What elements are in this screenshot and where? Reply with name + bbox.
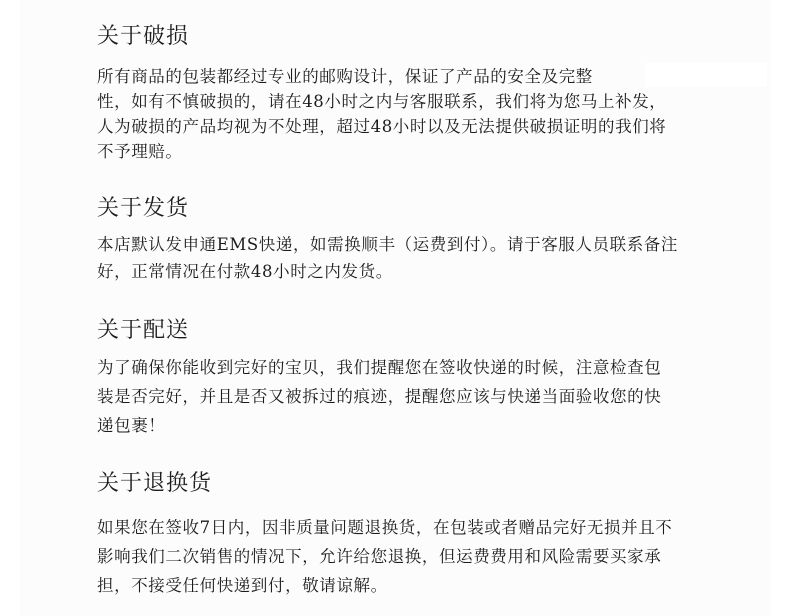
- section-title: 关于退换货: [97, 471, 737, 497]
- body-line: 人为破损的产品均视为不处理，超过48小时以及无法提供破损证明的我们将: [97, 114, 666, 139]
- body-line: 如果您在签收7日内，因非质量问题退换货，在包装或者赠品完好无损并且不: [97, 513, 672, 542]
- body-line: 本店默认发申通EMS快递，如需换顺丰（运费到付）。请于客服人员联系备注: [97, 231, 678, 258]
- body-line: 不予理赔。: [97, 139, 666, 164]
- section-body: 为了确保你能收到完好的宝贝，我们提醒您在签收快递的时候，注意检查包 装是否完好，…: [97, 353, 661, 440]
- section-damage-policy: 关于破损 所有商品的包装都经过专业的邮购设计，保证了产品的安全及完整 性，如有不…: [97, 24, 737, 50]
- body-line: 为了确保你能收到完好的宝贝，我们提醒您在签收快递的时候，注意检查包: [97, 353, 661, 382]
- section-title: 关于发货: [97, 196, 737, 222]
- body-line: 性，如有不慎破损的，请在48小时之内与客服联系，我们将为您马上补发，: [97, 89, 666, 114]
- section-shipping-policy: 关于发货 本店默认发申通EMS快递，如需换顺丰（运费到付）。请于客服人员联系备注…: [97, 196, 737, 222]
- body-line: 装是否完好，并且是否又被拆过的痕迹，提醒您应该与快递当面验收您的快: [97, 382, 661, 411]
- body-line: 好，正常情况在付款48小时之内发货。: [97, 258, 678, 285]
- section-body: 本店默认发申通EMS快递，如需换顺丰（运费到付）。请于客服人员联系备注 好，正常…: [97, 231, 678, 285]
- body-line: 所有商品的包装都经过专业的邮购设计，保证了产品的安全及完整: [97, 64, 666, 89]
- body-line: 担，不接受任何快递到付，敬请谅解。: [97, 571, 672, 600]
- body-line: 影响我们二次销售的情况下，允许给您退换，但运费费用和风险需要买家承: [97, 542, 672, 571]
- section-body: 如果您在签收7日内，因非质量问题退换货，在包装或者赠品完好无损并且不 影响我们二…: [97, 513, 672, 600]
- section-return-policy: 关于退换货 如果您在签收7日内，因非质量问题退换货，在包装或者赠品完好无损并且不…: [97, 471, 737, 497]
- section-title: 关于破损: [97, 24, 737, 50]
- section-body: 所有商品的包装都经过专业的邮购设计，保证了产品的安全及完整 性，如有不慎破损的，…: [97, 64, 666, 164]
- section-delivery-policy: 关于配送 为了确保你能收到完好的宝贝，我们提醒您在签收快递的时候，注意检查包 装…: [97, 318, 737, 344]
- section-title: 关于配送: [97, 318, 737, 344]
- body-line: 递包裹！: [97, 411, 661, 440]
